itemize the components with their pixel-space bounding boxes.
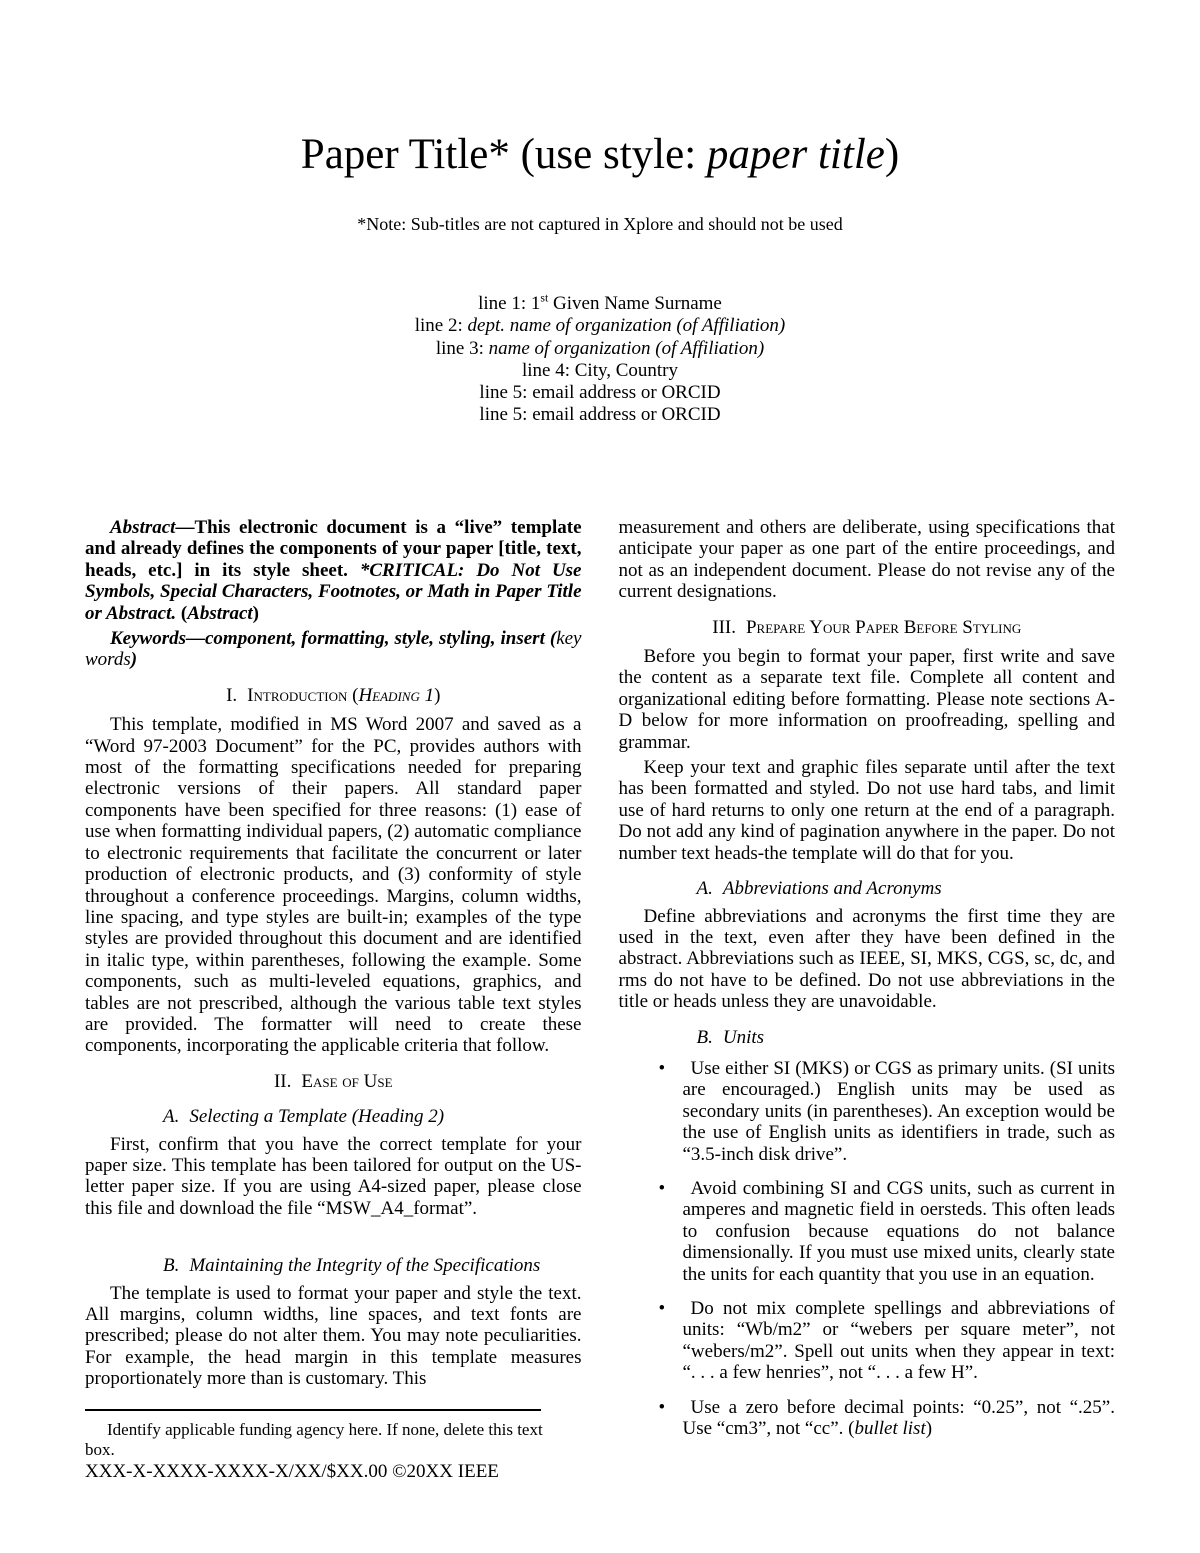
bullet-item: Do not mix complete spellings and abbrev… xyxy=(619,1298,1116,1384)
right-column: measurement and others are deliberate, u… xyxy=(619,517,1116,1452)
before-formatting-paragraph: Before you begin to format your paper, f… xyxy=(619,646,1116,753)
section-number: I. xyxy=(226,685,237,706)
copyright-line: XXX-X-XXXX-XXXX-X/XX/$XX.00 ©20XX IEEE xyxy=(85,1461,499,1483)
author-line-4: line 4: City, Country xyxy=(0,360,1200,382)
section-heading-text: Introduction ( xyxy=(247,685,358,706)
page-title: Paper Title* (use style: paper title) xyxy=(0,130,1200,179)
paper-page: Paper Title* (use style: paper title) *N… xyxy=(0,0,1200,1553)
section-number: III. xyxy=(712,617,736,638)
section-number: II. xyxy=(274,1071,291,1092)
section-heading-text: Prepare Your Paper Before Styling xyxy=(746,617,1021,638)
bullet-close: ) xyxy=(926,1418,932,1439)
abstract-style-label: Abstract xyxy=(187,603,252,624)
author-line-2-prefix: line 2: xyxy=(415,315,468,336)
subsection-heading-text: Units xyxy=(723,1027,764,1048)
subsection-heading-units: B.Units xyxy=(619,1027,1116,1048)
bullet-item: Avoid combining SI and CGS units, such a… xyxy=(619,1178,1116,1285)
left-column: Abstract—This electronic document is a “… xyxy=(85,517,582,1452)
subsection-heading-text: Maintaining the Integrity of the Specifi… xyxy=(189,1255,540,1276)
two-column-body: Abstract—This electronic document is a “… xyxy=(85,517,1115,1452)
continuation-paragraph: measurement and others are deliberate, u… xyxy=(619,517,1116,603)
define-abbreviations-paragraph: Define abbreviations and acronyms the fi… xyxy=(619,906,1116,1013)
author-line-3-prefix: line 3: xyxy=(436,338,489,359)
bullet-text: Use either SI (MKS) or CGS as primary un… xyxy=(683,1058,1116,1165)
subsection-heading-abbreviations: A.Abbreviations and Acronyms xyxy=(619,878,1116,899)
keywords-paragraph: Keywords—component, formatting, style, s… xyxy=(85,628,582,671)
author-line-2-affiliation: dept. name of organization (of Affiliati… xyxy=(468,315,786,336)
maintaining-integrity-paragraph: The template is used to format your pape… xyxy=(85,1283,582,1390)
bullet-text: Do not mix complete spellings and abbrev… xyxy=(683,1298,1116,1383)
title-italic-text: paper title xyxy=(707,131,885,178)
funding-footnote: Identify applicable funding agency here.… xyxy=(85,1420,565,1460)
author-block: line 1: 1st Given Name Surname line 2: d… xyxy=(0,293,1200,427)
subsection-letter: B. xyxy=(163,1255,179,1276)
keep-files-separate-paragraph: Keep your text and graphic files separat… xyxy=(619,757,1116,864)
subsection-heading-text: Selecting a Template (Heading 2) xyxy=(189,1106,444,1127)
units-bullet-list: Use either SI (MKS) or CGS as primary un… xyxy=(619,1058,1116,1440)
bullet-item: Use either SI (MKS) or CGS as primary un… xyxy=(619,1058,1116,1165)
bullet-item: Use a zero before decimal points: “0.25”… xyxy=(619,1397,1116,1440)
author-line-5: line 5: email address or ORCID xyxy=(0,382,1200,404)
subsection-heading-text: Abbreviations and Acronyms xyxy=(723,878,942,899)
subsection-letter: A. xyxy=(697,878,713,899)
section-heading-style-label: Heading 1 xyxy=(358,685,434,706)
subsection-heading-maintaining-integrity: B.Maintaining the Integrity of the Speci… xyxy=(85,1255,582,1276)
title-close: ) xyxy=(885,131,899,178)
abstract-paren-open: ( xyxy=(176,603,187,624)
footnote-divider xyxy=(85,1409,541,1411)
section-heading-ease-of-use: II.Ease of Use xyxy=(85,1071,582,1092)
section-heading-prepare-paper: III.Prepare Your Paper Before Styling xyxy=(619,617,1116,638)
author-line-3: line 3: name of organization (of Affilia… xyxy=(0,338,1200,360)
author-line-2: line 2: dept. name of organization (of A… xyxy=(0,315,1200,337)
author-line-6: line 5: email address or ORCID xyxy=(0,404,1200,426)
keywords-lead: Keywords—component, formatting, style, s… xyxy=(110,628,556,649)
bullet-text: Avoid combining SI and CGS units, such a… xyxy=(683,1178,1116,1285)
abstract-lead: Abstract xyxy=(110,517,175,538)
introduction-paragraph: This template, modified in MS Word 2007 … xyxy=(85,714,582,1057)
author-line-3-affiliation: name of organization (of Affiliation) xyxy=(489,338,765,359)
author-line-1-rest: Given Name Surname xyxy=(548,293,722,314)
section-heading-close: ) xyxy=(434,685,440,706)
title-note: *Note: Sub-titles are not captured in Xp… xyxy=(0,214,1200,235)
subsection-letter: B. xyxy=(697,1027,713,1048)
section-heading-introduction: I.Introduction (Heading 1) xyxy=(85,685,582,706)
subsection-heading-selecting-template: A.Selecting a Template (Heading 2) xyxy=(85,1106,582,1127)
author-line-1: line 1: 1st Given Name Surname xyxy=(0,293,1200,315)
abstract-paragraph: Abstract—This electronic document is a “… xyxy=(85,517,582,624)
subsection-letter: A. xyxy=(163,1106,179,1127)
keywords-close: ) xyxy=(131,649,137,670)
section-heading-text: Ease of Use xyxy=(301,1071,392,1092)
author-line-1-text: line 1: 1 xyxy=(478,293,540,314)
abstract-paren-close: ) xyxy=(253,603,259,624)
bullet-style-label: bullet list xyxy=(854,1418,925,1439)
selecting-template-paragraph: First, confirm that you have the correct… xyxy=(85,1134,582,1220)
title-text: Paper Title* (use style: xyxy=(301,131,707,178)
